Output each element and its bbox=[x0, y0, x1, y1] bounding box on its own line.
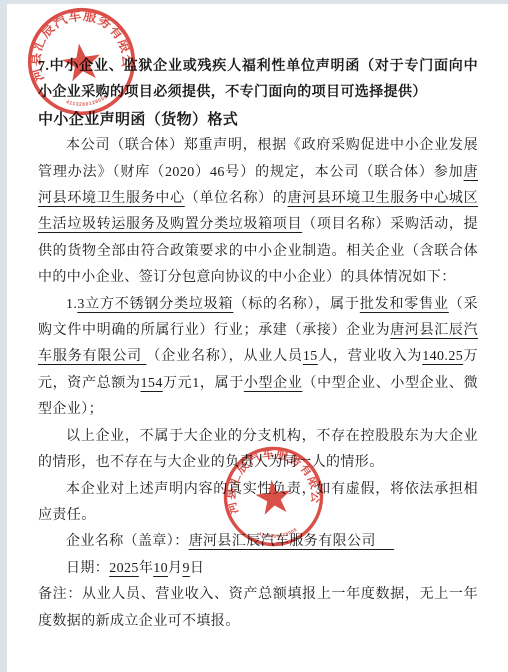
date-line: 日期：2025年10月9日 bbox=[38, 556, 478, 582]
underlined-value: 15 bbox=[303, 349, 318, 364]
document-page: 7.中小企业、监狱企业或残疾人福利性单位声明函（对于专门面向中小企业采购的项目必… bbox=[7, 4, 508, 672]
text-run: 月 bbox=[168, 561, 182, 576]
underlined-value: 唐河县汇辰汽车服务有限公司 bbox=[189, 534, 395, 549]
text-run: 日期： bbox=[66, 561, 109, 576]
underlined-value: 3立方不锈钢分类垃圾箱 bbox=[77, 297, 233, 312]
text-run: （企业名称），从业人员 bbox=[146, 349, 303, 364]
underlined-value: 批发和零售业 bbox=[360, 297, 449, 312]
underlined-value: 9 bbox=[182, 561, 189, 576]
text-run: 万元1，属于 bbox=[163, 376, 244, 391]
section-heading: 7.中小企业、监狱企业或残疾人福利性单位声明函（对于专门面向中小企业采购的项目必… bbox=[38, 54, 478, 107]
underlined-value: 10 bbox=[153, 561, 168, 576]
note-line: 备注：从业人员、营业收入、资产总额填报上一年度数据，无上一年度数据的新成立企业可… bbox=[38, 582, 478, 635]
text-run: （标的名称），属于 bbox=[233, 297, 359, 312]
underlined-value: 2025 bbox=[109, 561, 139, 576]
text-run: 企业名称（盖章）： bbox=[66, 534, 189, 549]
document-title: 中小企业声明函（货物）格式 bbox=[38, 107, 478, 133]
paragraph-not-branch: 以上企业，不属于大企业的分支机构，不存在控股股东为大企业的情形，也不存在与大企业… bbox=[38, 424, 478, 477]
text-run: （单位名称）的 bbox=[185, 191, 288, 206]
text-run: 1. bbox=[66, 297, 77, 312]
underlined-value: 154 bbox=[141, 376, 163, 391]
document-body: 7.中小企业、监狱企业或残疾人福利性单位声明函（对于专门面向中小企业采购的项目必… bbox=[38, 54, 478, 635]
text-run: 本公司（联合体）郑重声明，根据《政府采购促进中小企业发展管理办法》（财库（202… bbox=[38, 138, 478, 179]
text-run: 日 bbox=[190, 561, 204, 576]
paragraph-subject-item: 1.3立方不锈钢分类垃圾箱（标的名称），属于批发和零售业（采购文件中明确的所属行… bbox=[38, 292, 478, 424]
text-run: 人，营业收入为 bbox=[318, 349, 423, 364]
underlined-value: 140.25 bbox=[422, 349, 463, 364]
paragraph-declaration: 本公司（联合体）郑重声明，根据《政府采购促进中小企业发展管理办法》（财库（202… bbox=[38, 133, 478, 291]
text-run: 年 bbox=[139, 561, 153, 576]
underlined-value: 小型企业 bbox=[244, 376, 303, 391]
company-name-line: 企业名称（盖章）：唐河县汇辰汽车服务有限公司 bbox=[38, 529, 478, 555]
paragraph-responsibility: 本企业对上述声明内容的真实性负责，如有虚假，将依法承担相应责任。 bbox=[38, 477, 478, 530]
